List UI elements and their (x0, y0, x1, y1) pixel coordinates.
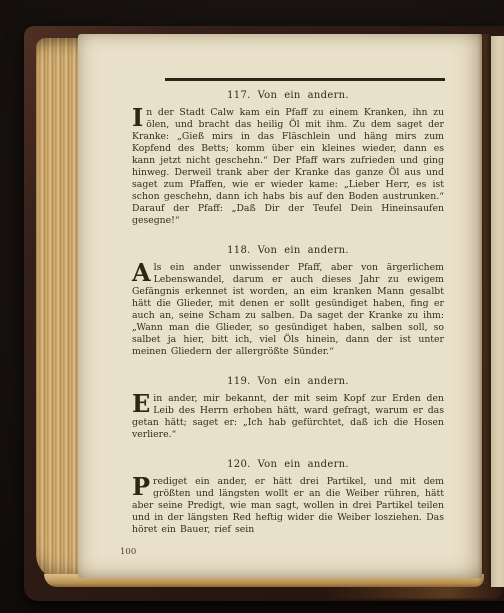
drop-cap-initial: A (132, 262, 154, 283)
section-heading-120: 120. Von ein andern. (132, 459, 444, 470)
text-block: 117. Von ein andern. In der Stadt Calw k… (132, 78, 444, 557)
page-stack-fore-edge (36, 38, 82, 580)
section-heading-119: 119. Von ein andern. (132, 376, 444, 387)
book-page: 117. Von ein andern. In der Stadt Calw k… (78, 34, 482, 578)
page-number: 100 (120, 547, 444, 557)
section-text: in ander, mir bekannt, der mit seim Kopf… (132, 393, 444, 440)
section-heading-117: 117. Von ein andern. (132, 90, 444, 101)
section-text: ls ein ander unwissender Pfaff, aber von… (132, 262, 444, 357)
drop-cap-initial: I (132, 107, 146, 128)
header-rule (165, 78, 445, 81)
section-heading-118: 118. Von ein andern. (132, 245, 444, 256)
drop-cap-initial: E (132, 393, 153, 414)
section-text: n der Stadt Calw kam ein Pfaff zu einem … (132, 107, 444, 226)
book-photo: 117. Von ein andern. In der Stadt Calw k… (0, 0, 504, 613)
section-body-118: Als ein ander unwissender Pfaff, aber vo… (132, 262, 444, 358)
section-body-120: Prediget ein ander, er hätt drei Partike… (132, 476, 444, 536)
drop-cap-initial: P (132, 476, 153, 497)
section-text: rediget ein ander, er hätt drei Partikel… (132, 476, 444, 535)
section-body-117: In der Stadt Calw kam ein Pfaff zu einem… (132, 107, 444, 227)
facing-page-edge (491, 36, 504, 587)
section-body-119: Ein ander, mir bekannt, der mit seim Kop… (132, 393, 444, 441)
gutter-shadow (478, 34, 491, 584)
